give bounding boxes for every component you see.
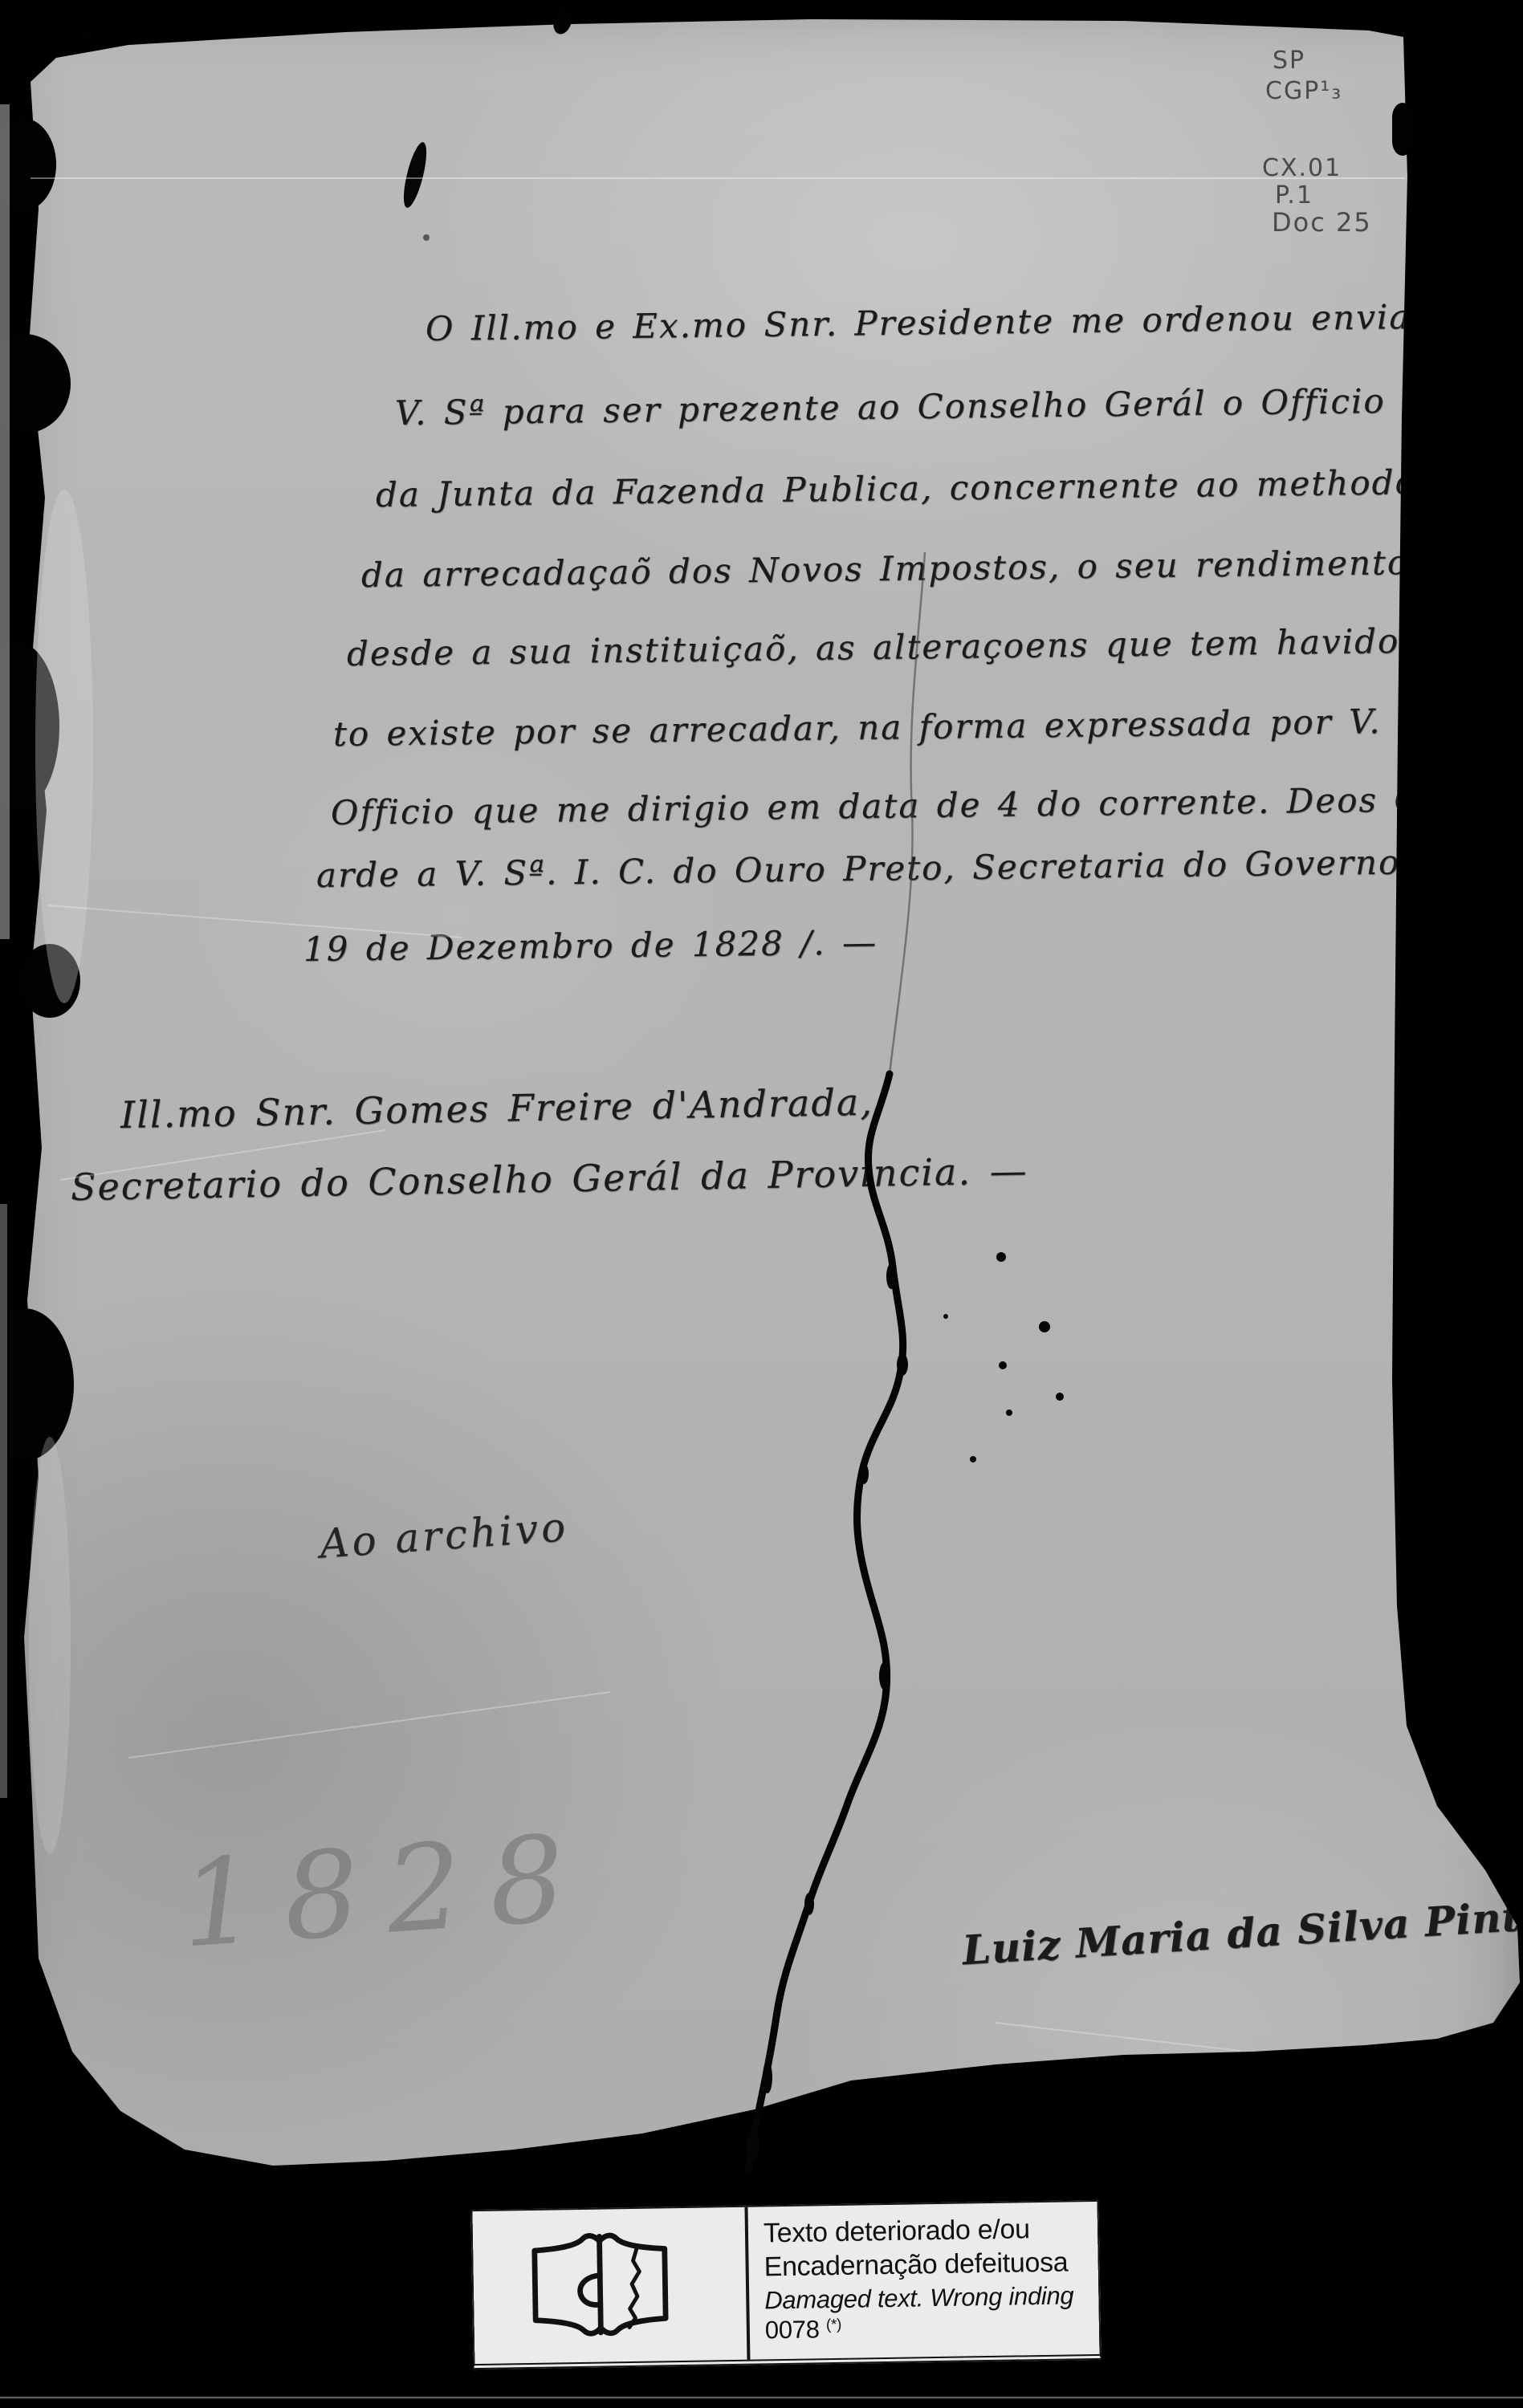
damage-label-text-pt-2: Encadernação defeituosa (764, 2247, 1068, 2283)
stamp-line: Doc 25 (1272, 207, 1372, 238)
letter-line: da arrecadaçaõ dos Novos Impostos, o seu… (361, 541, 1523, 595)
label-note-mark: (*) (826, 2316, 841, 2333)
microfilm-scan: SP CGP¹₃ CX.01 P.1 Doc 25 O Ill.mo e Ex.… (0, 0, 1523, 2408)
archive-note: Ao archivo (318, 1503, 570, 1568)
damage-label-text-pt-1: Texto deteriorado e/ou (764, 2214, 1030, 2249)
damage-label-box: Texto deteriorado e/ou Encadernação defe… (470, 2200, 1101, 2369)
stamp-line: CGP¹₃ (1265, 77, 1342, 105)
letter-line: desde a sua instituiçaõ, as alteraçoens … (347, 619, 1523, 673)
document-page: SP CGP¹₃ CX.01 P.1 Doc 25 O Ill.mo e Ex.… (0, 0, 1523, 2408)
stamp-line: P.1 (1275, 181, 1313, 209)
damage-label-text-en: Damaged text. Wrong inding (764, 2281, 1074, 2315)
label-divider (744, 2207, 750, 2360)
damage-label-number: 0078 (*) (765, 2315, 842, 2345)
letter-line: to existe por se arrecadar, na forma exp… (333, 700, 1515, 754)
secretary-signature: Luiz Maria da Silva Pinto (961, 1891, 1523, 1975)
letter-line: 19 de Dezembro de 1828 /. — (303, 922, 878, 969)
pencil-year: 1828 (177, 1808, 597, 1974)
stamp-line: CX.01 (1262, 154, 1342, 182)
address-line: Secretario do Conselho Gerál da Provinci… (71, 1149, 1028, 1209)
label-number: 0078 (765, 2315, 820, 2344)
address-line: Ill.mo Snr. Gomes Freire d'Andrada, (120, 1080, 874, 1137)
letter-line: O Ill.mo e Ex.mo Snr. Presidente me orde… (426, 295, 1523, 348)
letter-line: V. Sª para ser prezente ao Conselho Gerá… (395, 380, 1523, 433)
letter-line: Officio que me dirigio em data de 4 do c… (331, 779, 1447, 832)
stamp-line: SP (1273, 47, 1305, 75)
damaged-book-icon (521, 2229, 679, 2340)
letter-line: arde a V. Sª. I. C. do Ouro Preto, Secre… (316, 841, 1523, 895)
letter-line: da Junta da Fazenda Publica, concernente… (376, 461, 1523, 515)
